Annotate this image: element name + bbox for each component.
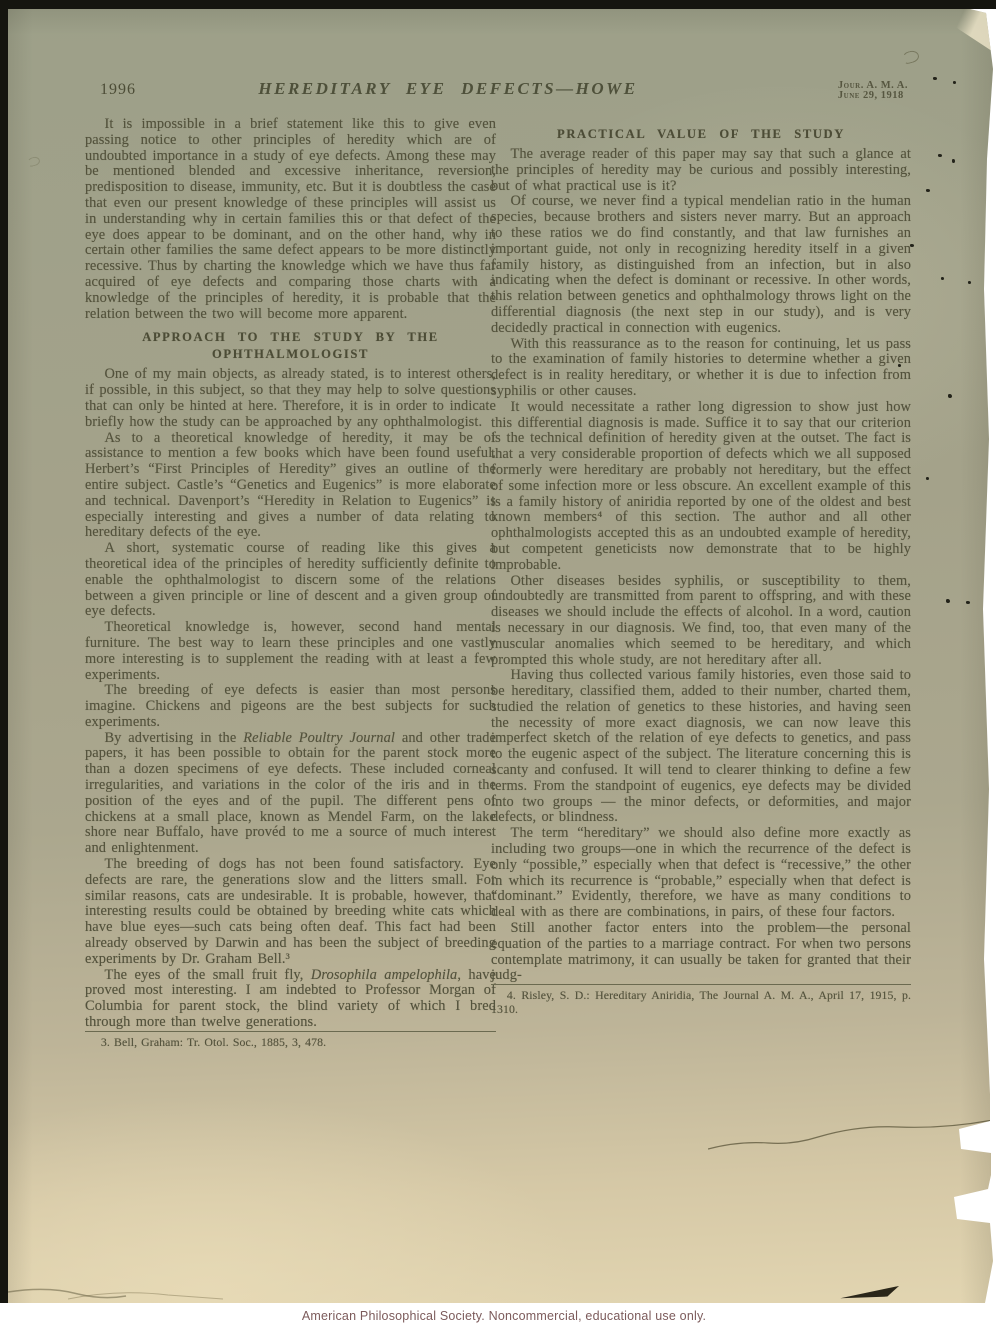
paragraph: Theoretical knowledge is, however, secon… xyxy=(85,620,496,683)
paper-speck xyxy=(941,277,944,280)
paragraph: The average reader of this paper may say… xyxy=(491,147,911,194)
paragraph: It is impossible in a brief statement li… xyxy=(85,117,496,322)
footnote-4: 4. Risley, S. D.: Hereditary Aniridia, T… xyxy=(491,984,911,1016)
paragraph: The breeding of dogs has not been found … xyxy=(85,857,496,968)
section-heading: APPROACH TO THE STUDY BY THE OPHTHALMOLO… xyxy=(85,329,496,363)
section-heading: PRACTICAL VALUE OF THE STUDY xyxy=(491,126,911,143)
paper-curl-mark xyxy=(902,49,921,65)
paper-crease-line xyxy=(8,1264,128,1304)
footnote-3: 3. Bell, Graham: Tr. Otol. Soc., 1885, 3… xyxy=(85,1031,496,1050)
scan-frame-left xyxy=(0,0,8,1303)
attribution-caption: American Philosophical Society. Noncomme… xyxy=(0,1309,1008,1323)
paper-speck xyxy=(938,154,942,157)
paper-speck xyxy=(952,159,955,163)
paper-speck xyxy=(966,601,970,604)
paper-speck xyxy=(926,189,930,192)
scanned-journal-page: 1996 HEREDITARY EYE DEFECTS—HOWE Jour. A… xyxy=(8,9,1000,1303)
paper-speck xyxy=(953,81,956,84)
torn-corner-wrinkle xyxy=(928,9,998,55)
paper-curl-mark xyxy=(27,156,41,168)
footer-strip: American Philosophical Society. Noncomme… xyxy=(0,1303,1008,1330)
paper-speck xyxy=(948,394,952,398)
paragraph: One of my main objects, as already state… xyxy=(85,367,496,430)
left-column-body: It is impossible in a brief statement li… xyxy=(85,117,496,1031)
journal-date: June 29, 1918 xyxy=(838,91,908,101)
paper-speck xyxy=(926,477,929,480)
journal-reference: Jour. A. M. A. June 29, 1918 xyxy=(838,81,908,101)
paper-speck xyxy=(946,599,950,603)
paper-speck xyxy=(968,281,971,284)
paragraph: The breeding of eye defects is easier th… xyxy=(85,683,496,730)
paragraph: Having thus collected various family his… xyxy=(491,668,911,826)
running-title: HEREDITARY EYE DEFECTS—HOWE xyxy=(8,79,888,99)
paragraph: The term “hereditary” we should also def… xyxy=(491,826,911,921)
left-column: It is impossible in a brief statement li… xyxy=(85,117,496,1049)
paper-speck xyxy=(910,244,914,247)
paper-speck xyxy=(898,364,901,367)
paragraph: With this reassurance as to the reason f… xyxy=(491,337,911,400)
paragraph: Other diseases besides syphilis, or susc… xyxy=(491,574,911,669)
scan-frame-top xyxy=(0,0,996,9)
paper-crease-line xyxy=(708,1117,998,1157)
paragraph: Still another factor enters into the pro… xyxy=(491,921,911,984)
paragraph: It would necessitate a rather long digre… xyxy=(491,400,911,574)
paragraph: By advertising in the Reliable Poultry J… xyxy=(85,731,496,857)
paragraph: The eyes of the small fruit fly, Drosoph… xyxy=(85,968,496,1031)
paper-speck xyxy=(933,77,937,80)
paragraph: As to a theoretical knowledge of heredit… xyxy=(85,431,496,542)
right-column: PRACTICAL VALUE OF THE STUDYThe average … xyxy=(491,119,911,1016)
paper-crease-line xyxy=(68,1279,228,1305)
paragraph: Of course, we never find a typical mende… xyxy=(491,194,911,336)
right-column-body: PRACTICAL VALUE OF THE STUDYThe average … xyxy=(491,126,911,984)
paragraph: A short, systematic course of reading li… xyxy=(85,541,496,620)
